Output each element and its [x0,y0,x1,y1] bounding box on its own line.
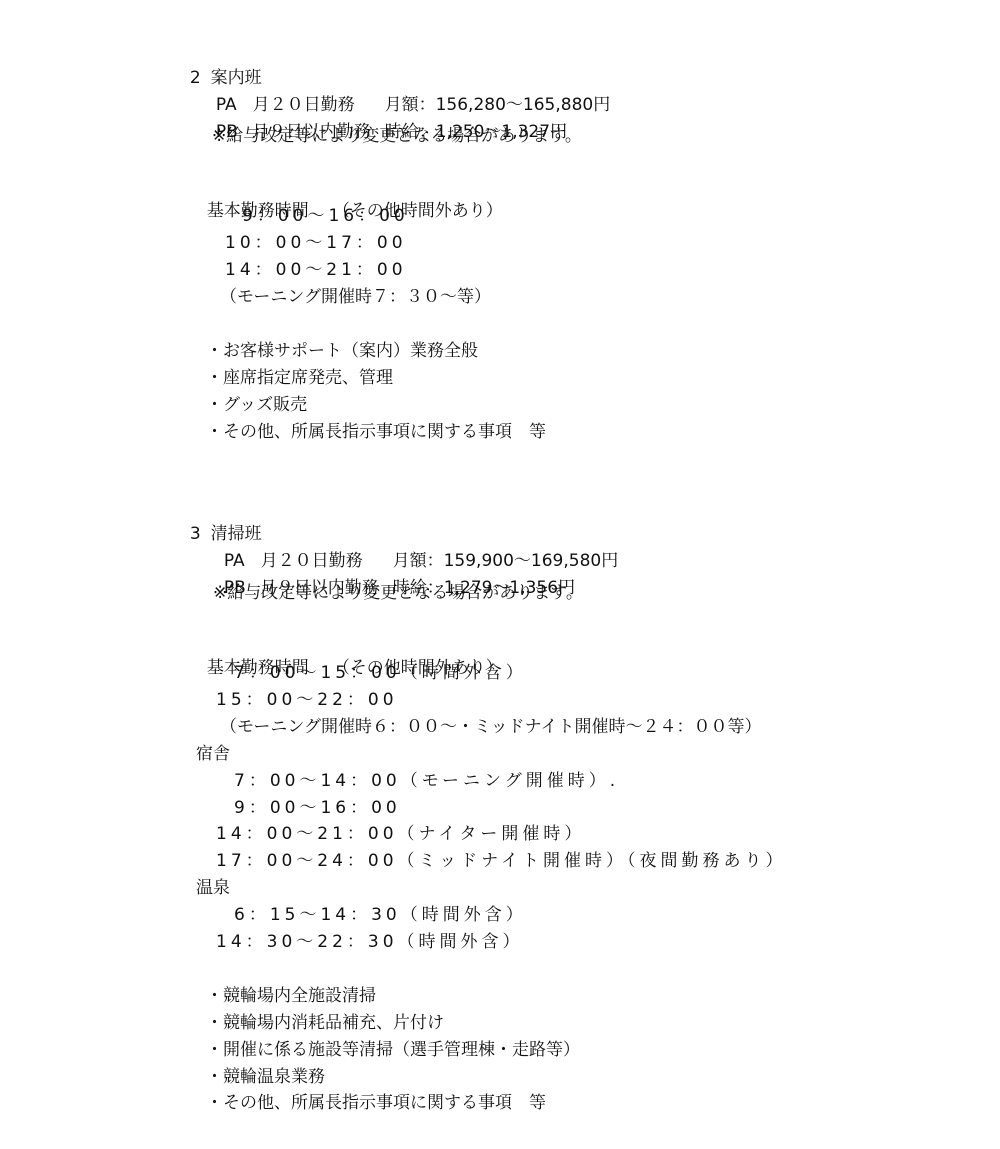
duty-item: ・開催に係る施設等清掃（選手管理棟・走路等） [206,1039,580,1061]
pay-row-pb: PB月９日以内勤務時給：1,279〜1,356円 [213,555,575,577]
onsen-hours-item: 6：15〜14：30（時間外含） [234,904,527,926]
pay-note: ※給与改定等により変更となる場合があります。 [213,582,583,604]
hours-note: （モーニング開催時６：００〜・ミッドナイト開催時〜２４：００等） [220,716,761,738]
dorm-hours-item: 9：00〜16：00 [234,797,401,819]
dorm-hours-item: 7：00〜14：00（モーニング開催時）. [234,770,619,792]
hours-heading: 基本勤務時間（その他時間外あり） [196,178,503,200]
duty-item: ・お客様サポート（案内）業務全般 [206,340,478,362]
hours-item: 7：00〜15：00（時間外含） [234,662,527,684]
hours-item: 14：00〜21：00 [225,259,407,281]
dorm-hours-item: 17：00〜24：00（ミッドナイト開催時）（夜間勤務あり） [216,850,787,872]
hours-item: 15：00〜22：00 [216,689,398,711]
pay-row-pb: PB月９日以内勤務時給：1,250〜1,327円 [205,99,567,121]
dorm-hours-item: 14：00〜21：00（ナイター開催時） [216,823,585,845]
duty-item: ・競輪場内消耗品補充、片付け [206,1012,444,1034]
duty-item: ・座席指定席発売、管理 [206,367,393,389]
duty-item: ・その他、所属長指示事項に関する事項 等 [206,421,546,443]
onsen-hours-item: 14：30〜22：30（時間外含） [216,931,524,953]
duty-item: ・その他、所属長指示事項に関する事項 等 [206,1092,546,1114]
hours-note: （モーニング開催時７：３０〜等） [220,286,491,308]
section-number: 2 [190,68,201,88]
section-number: 3 [190,524,201,544]
onsen-heading: 温泉 [196,877,230,899]
section-2-heading: 2案内班 [179,45,262,67]
duty-item: ・グッズ販売 [206,394,307,416]
section-3-heading: 3清掃班 [179,501,262,523]
dorm-heading: 宿舎 [196,743,230,765]
pay-row-pa: PA月２０日勤務月額：159,900〜169,580円 [213,528,618,550]
pay-row-pa: PA月２０日勤務月額：156,280〜165,880円 [205,72,610,94]
duty-item: ・競輪温泉業務 [206,1066,325,1088]
pay-note: ※給与改定等により変更となる場合があります。 [212,125,582,147]
duty-item: ・競輪場内全施設清掃 [206,985,376,1007]
hours-heading: 基本勤務時間（その他時間外あり） [196,635,503,657]
hours-item: 9：00〜16：00 [242,205,409,227]
hours-item: 10：00〜17：00 [225,232,407,254]
